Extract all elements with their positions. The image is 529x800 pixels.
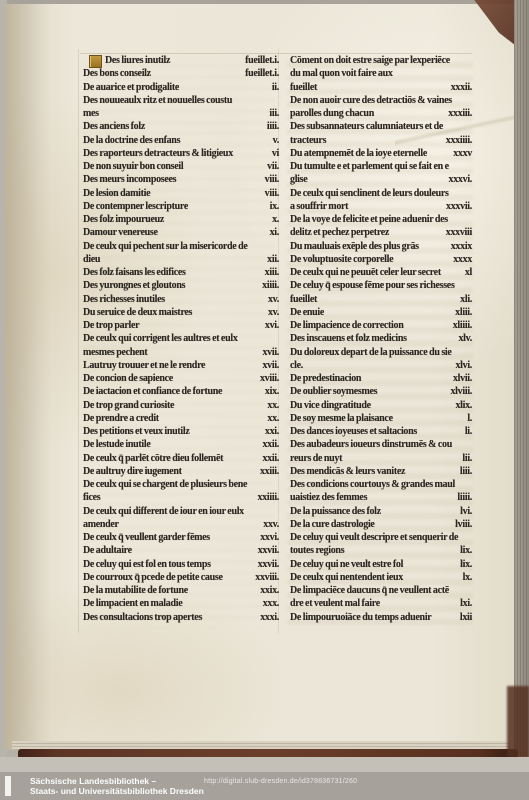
toc-entry-title: Cōment on doit estre saige par lexperiēc… <box>290 54 468 67</box>
toc-entry-line: De enuiexliii. <box>290 306 472 319</box>
toc-entry-line: toutes regionslix. <box>290 544 472 557</box>
toc-entry-line: Du doloreux depart de la puissance du si… <box>290 346 472 359</box>
toc-entry-folio: xi. <box>270 226 279 239</box>
toc-entry-line: Des petitions et veux inutilzxxi. <box>83 425 279 438</box>
toc-entry-line: De limpacient en maladiexxx. <box>83 597 279 610</box>
toc-entry-title: Des aubadeurs ioueurs dinstrumēs & cou <box>290 438 468 451</box>
toc-entry-title: tracteurs <box>290 134 442 147</box>
toc-entry-folio: xx. <box>267 399 279 412</box>
toc-entry-title: fueillet <box>290 81 447 94</box>
toc-entry-title: De limpacience de correction <box>290 319 449 332</box>
toc-entry-line: Des raporteurs detracteurs & litigieuxvi <box>83 147 279 160</box>
toc-entry-folio: fueillet.i. <box>245 67 279 80</box>
toc-entry-line: De soy mesme la plaisancel. <box>290 412 472 425</box>
toc-entry-folio: xvii. <box>262 359 279 372</box>
toc-entry-title: Du tumulte e et parlement qui se fait en… <box>290 160 468 173</box>
toc-entry-folio: liii. <box>460 465 472 478</box>
toc-entry-line: Du mauluais exēple des plus grāsxxxix <box>290 240 472 253</box>
toc-entry-title: Du doloreux depart de la puissance du si… <box>290 346 468 359</box>
toc-entry-folio: lix. <box>460 544 472 557</box>
toc-entry-line: Damour venereusexi. <box>83 226 279 239</box>
toc-entry-line: De limpaciēce daucuns q̄ ne veullent act… <box>290 584 472 597</box>
toc-entry-title: uaistiez des femmes <box>290 491 453 504</box>
toc-entry-title: a souffrir mort <box>290 200 442 213</box>
toc-entry-line: De trop parlerxvi. <box>83 319 279 332</box>
toc-entry-line: uaistiez des femmesliiii. <box>290 491 472 504</box>
toc-entry-folio: lvi. <box>460 505 472 518</box>
ruling-line-left <box>78 49 79 633</box>
toc-entry-line: Des anciens folziiii. <box>83 120 279 133</box>
toc-entry-line: De contempner lescriptureix. <box>83 200 279 213</box>
toc-entry-line: De prendre a creditxx. <box>83 412 279 425</box>
toc-entry-line: De iactacion et confiance de fortunexix. <box>83 385 279 398</box>
toc-entry-line: Des bons conseilzfueillet.i. <box>83 67 279 80</box>
toc-entry-title: De ceulx qui nentendent ieux <box>290 571 459 584</box>
toc-entry-folio: xxxvii. <box>446 200 472 213</box>
toc-entry-line: De celuy q̄ espouse fēme pour ses riches… <box>290 279 472 292</box>
toc-entry-title: Des petitions et veux inutilz <box>83 425 261 438</box>
toc-entry-folio: xv. <box>268 306 279 319</box>
toc-entry-folio: xxi. <box>265 425 279 438</box>
toc-entry-line: Du vice dingratitudexlix. <box>290 399 472 412</box>
toc-entry-line: parolles dung chacunxxxiii. <box>290 107 472 120</box>
toc-entry-title: De aultruy dire iugement <box>83 465 256 478</box>
toc-entry-line: cle.xlvi. <box>290 359 472 372</box>
gutter-shadow <box>5 4 51 750</box>
toc-entry-title: De enuie <box>290 306 451 319</box>
toc-entry-folio: vii. <box>267 160 279 173</box>
toc-entry-folio: xiiii. <box>262 279 279 292</box>
toc-entry-folio: xl <box>465 266 472 279</box>
toc-entry-folio: x. <box>272 213 279 226</box>
toc-entry-line: Des mendicās & leurs vanitezliii. <box>290 465 472 478</box>
source-url: http://digital.slub-dresden.de/id3786367… <box>204 778 357 785</box>
toc-entry-folio: lii. <box>462 452 472 465</box>
toc-entry-folio: xii. <box>267 253 279 266</box>
toc-entry-line: De ceulx q̄ parlēt cōtre dieu follemētxx… <box>83 452 279 465</box>
toc-entry-title: De ceulx q̄ parlēt cōtre dieu follemēt <box>83 452 258 465</box>
toc-entry-title: parolles dung chacun <box>290 107 444 120</box>
book-page: Des liures inutilzfueillet.i.Des bons co… <box>5 4 515 750</box>
illuminated-initial <box>89 55 102 68</box>
toc-entry-folio: l. <box>467 412 472 425</box>
toc-entry-title: De ceulx qui se chargent de plusieurs be… <box>83 478 275 491</box>
toc-entry-title: dre et veulent mal faire <box>290 597 456 610</box>
toc-entry-title: toutes regions <box>290 544 456 557</box>
toc-entry-title: De voluptuosite corporelle <box>290 253 449 266</box>
toc-entry-folio: xxxiii. <box>448 107 472 120</box>
toc-entry-title: De ceulx qui different de iour en iour e… <box>83 505 275 518</box>
toc-entry-folio: xxxii. <box>451 81 472 94</box>
toc-entry-title: De la mutabilite de fortune <box>83 584 256 597</box>
toc-entry-folio: xxviii. <box>255 571 279 584</box>
toc-entry-title: De trop parler <box>83 319 261 332</box>
toc-entry-folio: ix. <box>270 200 279 213</box>
toc-entry-folio: xxiiii. <box>257 491 279 504</box>
toc-entry-folio: xxvii. <box>258 544 279 557</box>
toc-entry-folio: xxxviii <box>446 226 472 239</box>
toc-entry-folio: xxxvi. <box>449 173 472 186</box>
toc-entry-title: De predestinacion <box>290 372 449 385</box>
toc-entry-folio: xvii. <box>262 346 279 359</box>
toc-entry-title: cle. <box>290 359 451 372</box>
toc-entry-title: glise <box>290 173 445 186</box>
toc-entry-line: De celuy qui veult descripre et senqueri… <box>290 531 472 544</box>
toc-entry-line: De oublier soymesmesxlviii. <box>290 385 472 398</box>
toc-entry-folio: xv. <box>268 293 279 306</box>
toc-entry-line: delitz et pechez perpetrezxxxviii <box>290 226 472 239</box>
toc-entry-folio: xxiii. <box>260 465 279 478</box>
toc-entry-folio: xxxix <box>451 240 472 253</box>
toc-entry-line: mesiii. <box>83 107 279 120</box>
toc-entry-line: De auarice et prodigaliteii. <box>83 81 279 94</box>
toc-entry-line: De la voye de felicite et peine aduenir … <box>290 213 472 226</box>
book-fore-edge <box>514 0 529 800</box>
toc-entry-line: De la cure dastrologielviii. <box>290 518 472 531</box>
toc-entry-line: De lesion damitieviii. <box>83 187 279 200</box>
library-name-line1: Sächsische Landesbibliothek – <box>30 776 204 786</box>
binding-corner-bottom-right <box>507 686 529 758</box>
digitized-book-scan: Des liures inutilzfueillet.i.Des bons co… <box>0 0 529 800</box>
toc-entry-folio: xlv. <box>458 332 472 345</box>
toc-entry-folio: viii. <box>265 173 279 186</box>
toc-entry-line: amenderxxv. <box>83 518 279 531</box>
toc-entry-folio: xli. <box>460 293 472 306</box>
toc-entry-title: De concion de sapience <box>83 372 256 385</box>
toc-entry-title: Des yurongnes et gloutons <box>83 279 258 292</box>
toc-entry-title: mes <box>83 107 265 120</box>
toc-entry-line: Des folz faisans les edificesxiii. <box>83 266 279 279</box>
toc-entry-line: De trop grand curiositexx. <box>83 399 279 412</box>
toc-entry-folio: xxxx <box>453 253 472 266</box>
toc-entry-title: De la doctrine des enfans <box>83 134 269 147</box>
toc-entry-title: Des nouueaulx ritz et nouuelles coustu <box>83 94 275 107</box>
toc-entry-title: De lesion damitie <box>83 187 261 200</box>
toc-entry-title: De ceulx qui senclinent de leurs douleur… <box>290 187 468 200</box>
toc-entry-folio: xxxiiii. <box>446 134 472 147</box>
toc-entry-title: De trop grand curiosite <box>83 399 263 412</box>
toc-entry-line: De celuy qui est fol en tous tempsxxvii. <box>83 558 279 571</box>
toc-entry-line: De limpacience de correctionxliiii. <box>290 319 472 332</box>
toc-entry-title: De la cure dastrologie <box>290 518 451 531</box>
toc-entry-title: De la voye de felicite et peine aduenir … <box>290 213 468 226</box>
toc-entry-folio: lxi. <box>460 597 472 610</box>
toc-entry-title: amender <box>83 518 259 531</box>
toc-entry-folio: xx. <box>267 412 279 425</box>
toc-entry-folio: vi <box>272 147 279 160</box>
toc-entry-title: Des mendicās & leurs vanitez <box>290 465 456 478</box>
toc-entry-folio: xxii. <box>262 452 279 465</box>
toc-entry-folio: iiii. <box>267 120 279 133</box>
toc-entry-folio: li. <box>465 425 472 438</box>
toc-column-right: Cōment on doit estre saige par lexperiēc… <box>290 54 472 624</box>
toc-entry-title: De limpacient en maladie <box>83 597 259 610</box>
toc-entry-line: dre et veulent mal fairelxi. <box>290 597 472 610</box>
toc-entry-line: Cōment on doit estre saige par lexperiēc… <box>290 54 472 67</box>
toc-entry-title: Des meurs incomposees <box>83 173 261 186</box>
toc-entry-line: De aultruy dire iugementxxiii. <box>83 465 279 478</box>
toc-entry-line: fueilletxxxii. <box>290 81 472 94</box>
toc-entry-title: fices <box>83 491 253 504</box>
toc-entry-line: De ceulx q̄ veullent garder fēmesxxvi. <box>83 531 279 544</box>
toc-entry-line: Du seruice de deux maistresxv. <box>83 306 279 319</box>
toc-entry-title: De celuy qui veult descripre et senqueri… <box>290 531 468 544</box>
toc-entry-line: Des subsannateurs calumniateurs et de <box>290 120 472 133</box>
toc-entry-line: Lautruy trouuer et ne le rendrexvii. <box>83 359 279 372</box>
toc-entry-folio: xlviii. <box>450 385 472 398</box>
toc-entry-title: De limpouruoiāce du temps aduenir <box>290 611 456 624</box>
toc-entry-line: glisexxxvi. <box>290 173 472 186</box>
toc-entry-line: De non suyuir bon conseilvii. <box>83 160 279 173</box>
toc-entry-title: Des raporteurs detracteurs & litigieux <box>83 147 268 160</box>
toc-entry-line: mesmes pechentxvii. <box>83 346 279 359</box>
library-name-line2: Staats- und Universitätsbibliothek Dresd… <box>30 786 204 796</box>
toc-entry-line: De celuy qui ne veult estre follix. <box>290 558 472 571</box>
toc-entry-folio: xxxi. <box>260 611 279 624</box>
toc-entry-line: Du tumulte e et parlement qui se fait en… <box>290 160 472 173</box>
toc-entry-title: delitz et pechez perpetrez <box>290 226 442 239</box>
toc-entry-line: Des yurongnes et gloutonsxiiii. <box>83 279 279 292</box>
toc-entry-title: Des inscauens et folz medicins <box>290 332 454 345</box>
toc-entry-title: du mal quon voit faire aux <box>290 67 468 80</box>
toc-entry-folio: v. <box>273 134 279 147</box>
toc-entry-folio: lix. <box>460 558 472 571</box>
toc-entry-line: fueilletxli. <box>290 293 472 306</box>
toc-entry-line: tracteursxxxiiii. <box>290 134 472 147</box>
toc-entry-title: Du mauluais exēple des plus grās <box>290 240 447 253</box>
toc-entry-title: De auarice et prodigalite <box>83 81 268 94</box>
toc-entry-title: Des folz faisans les edifices <box>83 266 261 279</box>
toc-entry-line: Des aubadeurs ioueurs dinstrumēs & cou <box>290 438 472 451</box>
toc-entry-line: Des nouueaulx ritz et nouuelles coustu <box>83 94 279 107</box>
toc-entry-title: De lestude inutile <box>83 438 258 451</box>
toc-column-left: Des liures inutilzfueillet.i.Des bons co… <box>83 54 279 624</box>
toc-entry-title: De non suyuir bon conseil <box>83 160 263 173</box>
toc-entry-title: De non auoir cure des detractiōs & vaine… <box>290 94 468 107</box>
toc-entry-line: De adultairexxvii. <box>83 544 279 557</box>
toc-entry-line: De ceulx qui corrigent les aultres et eu… <box>83 332 279 345</box>
toc-entry-folio: xvi. <box>265 319 279 332</box>
toc-entry-folio: xviii. <box>260 372 279 385</box>
toc-entry-title: De iactacion et confiance de fortune <box>83 385 261 398</box>
toc-entry-title: Des liures inutilz <box>105 54 241 67</box>
toc-entry-title: Des richesses inutiles <box>83 293 264 306</box>
toc-entry-title: De celuy qui est fol en tous temps <box>83 558 254 571</box>
toc-entry-line: De limpouruoiāce du temps aduenirlxii <box>290 611 472 624</box>
toc-entry-title: De celuy qui ne veult estre fol <box>290 558 456 571</box>
toc-entry-folio: fueillet.i. <box>245 54 279 67</box>
toc-entry-title: Des dances ioyeuses et saltacions <box>290 425 461 438</box>
toc-entry-line: dieuxii. <box>83 253 279 266</box>
toc-entry-line: Des richesses inutilesxv. <box>83 293 279 306</box>
toc-entry-title: De limpaciēce daucuns q̄ ne veullent act… <box>290 584 468 597</box>
toc-entry-line: reurs de nuytlii. <box>290 452 472 465</box>
toc-entry-title: De ceulx qui ne peuuēt celer leur secret <box>290 266 461 279</box>
toc-entry-folio: xxvi. <box>260 531 279 544</box>
toc-entry-title: De ceulx qui corrigent les aultres et eu… <box>83 332 275 345</box>
toc-entry-line: De ceulx qui se chargent de plusieurs be… <box>83 478 279 491</box>
toc-entry-title: Du vice dingratitude <box>290 399 451 412</box>
toc-entry-title: Des anciens folz <box>83 120 263 133</box>
toc-entry-title: mesmes pechent <box>83 346 258 359</box>
toc-entry-folio: xliii. <box>455 306 472 319</box>
toc-entry-line: Des condicions courtouys & grandes maul <box>290 478 472 491</box>
toc-entry-title: Des subsannateurs calumniateurs et de <box>290 120 468 133</box>
toc-entry-line: Des folz impourueuzx. <box>83 213 279 226</box>
toc-entry-folio: lx. <box>463 571 472 584</box>
toc-entry-title: Des bons conseilz <box>83 67 241 80</box>
toc-entry-title: De soy mesme la plaisance <box>290 412 463 425</box>
toc-entry-line: a souffrir mortxxxvii. <box>290 200 472 213</box>
toc-entry-title: De prendre a credit <box>83 412 263 425</box>
toc-entry-line: Des liures inutilzfueillet.i. <box>83 54 279 67</box>
toc-entry-title: De adultaire <box>83 544 254 557</box>
toc-entry-folio: xlvii. <box>453 372 472 385</box>
toc-entry-title: Des folz impourueuz <box>83 213 268 226</box>
library-name: Sächsische Landesbibliothek – Staats- un… <box>30 776 204 796</box>
toc-entry-folio: xix. <box>265 385 279 398</box>
toc-entry-folio: xxii. <box>262 438 279 451</box>
toc-entry-line: De la doctrine des enfansv. <box>83 134 279 147</box>
toc-entry-folio: xliiii. <box>453 319 472 332</box>
toc-entry-title: De contempner lescripture <box>83 200 266 213</box>
toc-entry-folio: xxv. <box>263 518 279 531</box>
toc-entry-folio: xxix. <box>260 584 279 597</box>
toc-entry-title: Du seruice de deux maistres <box>83 306 264 319</box>
toc-entry-folio: xxvii. <box>258 558 279 571</box>
toc-entry-folio: lviii. <box>455 518 472 531</box>
toc-entry-title: De ceulx qui pechent sur la misericorde … <box>83 240 275 253</box>
toc-entry-folio: xxx. <box>263 597 279 610</box>
toc-entry-line: De predestinacionxlvii. <box>290 372 472 385</box>
toc-entry-line: Des dances ioyeuses et saltacionsli. <box>290 425 472 438</box>
toc-entry-title: De oublier soymesmes <box>290 385 446 398</box>
toc-entry-line: Des inscauens et folz medicinsxlv. <box>290 332 472 345</box>
toc-entry-line: De courroux q̄ pcede de petite causexxvi… <box>83 571 279 584</box>
footer-tick-mark <box>5 776 11 796</box>
toc-entry-line: Des meurs incomposeesviii. <box>83 173 279 186</box>
toc-entry-line: De la puissance des folzlvi. <box>290 505 472 518</box>
toc-entry-line: De non auoir cure des detractiōs & vaine… <box>290 94 472 107</box>
toc-entry-line: De voluptuosite corporellexxxx <box>290 253 472 266</box>
toc-entry-folio: xiii. <box>265 266 279 279</box>
toc-entry-folio: xlix. <box>455 399 472 412</box>
toc-entry-title: Lautruy trouuer et ne le rendre <box>83 359 258 372</box>
toc-entry-line: De lestude inutilexxii. <box>83 438 279 451</box>
toc-entry-title: Des condicions courtouys & grandes maul <box>290 478 468 491</box>
toc-entry-line: Des consultacions trop apertesxxxi. <box>83 611 279 624</box>
toc-entry-line: De ceulx qui pechent sur la misericorde … <box>83 240 279 253</box>
toc-entry-line: De ceulx qui ne peuuēt celer leur secret… <box>290 266 472 279</box>
toc-entry-line: De concion de sapiencexviii. <box>83 372 279 385</box>
toc-entry-line: Du atempnemēt de la ioye eternellexxxv <box>290 147 472 160</box>
toc-entry-line: ficesxxiiii. <box>83 491 279 504</box>
library-footer-band: Sächsische Landesbibliothek – Staats- un… <box>0 772 529 800</box>
toc-entry-line: De ceulx qui senclinent de leurs douleur… <box>290 187 472 200</box>
toc-entry-line: De ceulx qui different de iour en iour e… <box>83 505 279 518</box>
toc-entry-folio: ii. <box>272 81 279 94</box>
toc-entry-folio: xxxv <box>453 147 472 160</box>
toc-entry-line: du mal quon voit faire aux <box>290 67 472 80</box>
toc-entry-title: Des consultacions trop apertes <box>83 611 256 624</box>
toc-entry-title: Damour venereuse <box>83 226 266 239</box>
toc-entry-line: De la mutabilite de fortunexxix. <box>83 584 279 597</box>
toc-entry-title: De ceulx q̄ veullent garder fēmes <box>83 531 256 544</box>
toc-entry-title: reurs de nuyt <box>290 452 458 465</box>
toc-entry-title: De la puissance des folz <box>290 505 456 518</box>
toc-entry-folio: viii. <box>265 187 279 200</box>
toc-entry-title: fueillet <box>290 293 456 306</box>
toc-entry-folio: lxii <box>460 611 472 624</box>
toc-entry-title: De celuy q̄ espouse fēme pour ses riches… <box>290 279 468 292</box>
toc-entry-folio: iii. <box>269 107 279 120</box>
toc-entry-folio: xlvi. <box>455 359 472 372</box>
toc-entry-title: De courroux q̄ pcede de petite cause <box>83 571 251 584</box>
toc-entry-line: De ceulx qui nentendent ieuxlx. <box>290 571 472 584</box>
toc-entry-folio: liiii. <box>457 491 472 504</box>
toc-entry-title: Du atempnemēt de la ioye eternelle <box>290 147 449 160</box>
toc-entry-title: dieu <box>83 253 263 266</box>
